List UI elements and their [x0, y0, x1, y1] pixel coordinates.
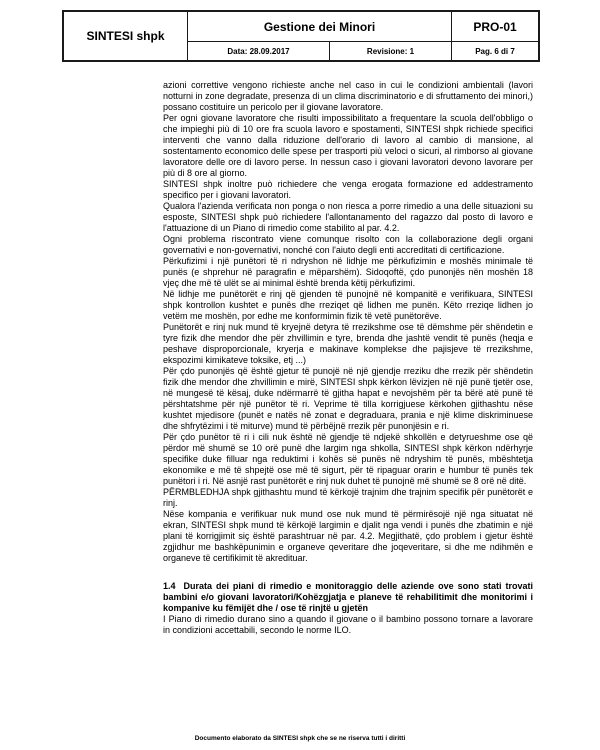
paragraph: Punëtorët e rinj nuk mund të kryejnë det… [163, 322, 533, 366]
paragraph: I Piano di rimedio durano sino a quando … [163, 614, 533, 636]
paragraph: azioni correttive vengono richieste anch… [163, 80, 533, 113]
section-heading: 1.4Durata dei piani di rimedio e monitor… [163, 581, 533, 614]
paragraph: PËRMBLEDHJA shpk gjithashtu mund të kërk… [163, 487, 533, 509]
section-title: Durata dei piani di rimedio e monitoragg… [163, 581, 533, 613]
section-paragraphs: I Piano di rimedio durano sino a quando … [163, 614, 533, 636]
section-number: 1.4 [163, 581, 176, 591]
document-header-table: SINTESI shpk Gestione dei Minori PRO-01 … [62, 10, 540, 62]
paragraph: Nëse kompania e verifikuar nuk mund ose … [163, 509, 533, 564]
paragraph: Për çdo punonjës që është gjetur të puno… [163, 366, 533, 432]
header-row-meta: Data: 28.09.2017 Revisione: 1 Pag. 6 di … [188, 42, 538, 60]
document-body: azioni correttive vengono richieste anch… [163, 80, 533, 636]
paragraph: Përkufizimi i një punëtori të ri ndrysho… [163, 256, 533, 289]
paragraph: SINTESI shpk inoltre può richiedere che … [163, 179, 533, 201]
document-page-number: Pag. 6 di 7 [452, 42, 538, 60]
document-code: PRO-01 [452, 12, 538, 41]
header-right-columns: Gestione dei Minori PRO-01 Data: 28.09.2… [188, 12, 538, 60]
header-row-title: Gestione dei Minori PRO-01 [188, 12, 538, 42]
paragraph: Qualora l'azienda verificata non ponga o… [163, 201, 533, 234]
paragraph: Per ogni giovane lavoratore che risulti … [163, 113, 533, 179]
document-footer: Documento elaborato da SINTESI shpk che … [0, 735, 600, 742]
paragraph: Për çdo punëtor të ri i cili nuk është n… [163, 432, 533, 487]
company-name: SINTESI shpk [64, 12, 188, 60]
paragraph: Ogni problema riscontrato viene comunque… [163, 234, 533, 256]
document-page: SINTESI shpk Gestione dei Minori PRO-01 … [0, 0, 600, 750]
paragraph: Në lidhje me punëtorët e rinj që gjenden… [163, 289, 533, 322]
document-revision: Revisione: 1 [330, 42, 452, 60]
document-title: Gestione dei Minori [188, 12, 452, 41]
body-paragraphs: azioni correttive vengono richieste anch… [163, 80, 533, 564]
document-date: Data: 28.09.2017 [188, 42, 330, 60]
